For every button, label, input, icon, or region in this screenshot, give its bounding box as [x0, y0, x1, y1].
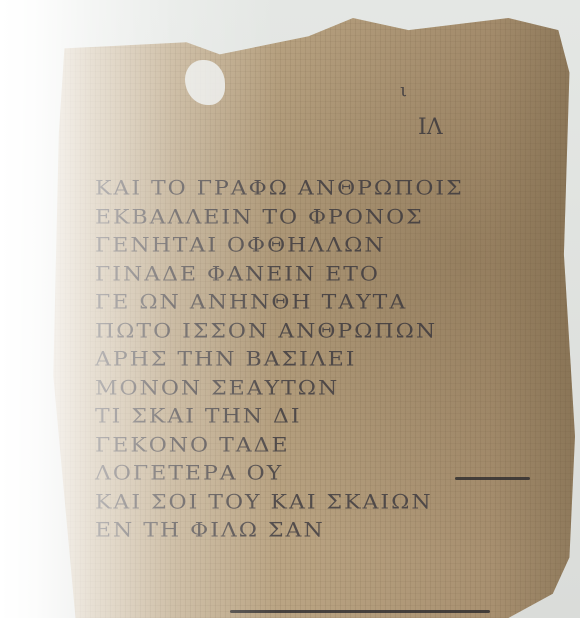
text-line: ΚΑΙ ΣΟΙ ΤΟΥ ΚΑΙ ΣΚΑΙΩΝ [95, 490, 485, 516]
manuscript-text: ΚΑΙ ΤΟ ΓΡΑΦΩ ΑΝΘΡΩΠΟΙΣ ΕΚΒΑΛΛΕΙΝ ΤΟ ΦΡΟΝ… [95, 175, 485, 546]
text-line: ΕΝ ΤΗ ΦΙΛΩ ΣΑΝ [95, 518, 485, 544]
ink-mark: ι [400, 80, 407, 101]
text-line: ΠΩΤΟ ΙΣΣΟΝ ΑΝΘΡΩΠΩΝ [95, 319, 485, 345]
ink-marks-top: ΙΛ [418, 115, 443, 140]
text-line: ΛΟΓΕΤΕΡΑ ΟΥ [95, 461, 485, 487]
ink-stroke-bottom [230, 610, 490, 613]
text-line: ΤΙ ΣΚΑΙ ΤΗΝ ΔΙ [95, 404, 485, 430]
ink-stroke [455, 477, 530, 480]
text-line: ΓΕΝΗΤΑΙ ΟΦΘΗΛΛΩΝ [95, 233, 485, 259]
text-line: ΓΙΝΑΔΕ ΦΑΝΕΙΝ ΕΤΟ [95, 262, 485, 288]
text-line: ΓΕΚΟΝΟ ΤΑΔΕ [95, 433, 485, 459]
text-line: ΑΡΗΣ ΤΗΝ ΒΑΣΙΛΕΙ [95, 347, 485, 373]
text-line: ΕΚΒΑΛΛΕΙΝ ΤΟ ΦΡΟΝΟΣ [95, 205, 485, 231]
text-line: ΚΑΙ ΤΟ ΓΡΑΦΩ ΑΝΘΡΩΠΟΙΣ [95, 176, 485, 202]
text-line: ΜΟΝΟΝ ΣΕΑΥΤΩΝ [95, 376, 485, 402]
text-line: ΓΕ ΩΝ ΑΝΗΝΘΗ ΤΑΥΤΑ [95, 290, 485, 316]
